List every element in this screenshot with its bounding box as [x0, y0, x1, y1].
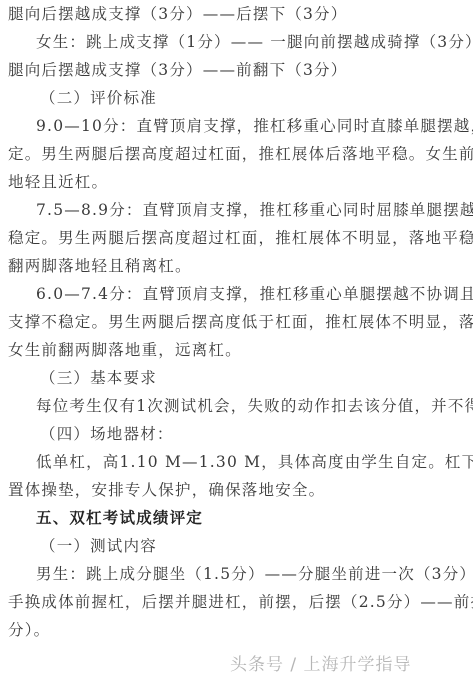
text-line: 地轻且近杠。: [8, 172, 108, 192]
subsection-heading: （四）场地器材：: [40, 424, 174, 444]
text-line: 男生：跳上成分腿坐（1.5分）——分腿坐前进一次（3分）——两: [36, 564, 473, 584]
subsection-heading: （二）评价标准: [40, 88, 157, 108]
text-line: 分）。: [8, 620, 50, 640]
section-heading: 五、双杠考试成绩评定: [36, 508, 203, 528]
subsection-heading: （三）基本要求: [40, 368, 157, 388]
text-line: 女生前翻两脚落地重，远离杠。: [8, 340, 242, 360]
text-line: 女生：跳上成支撑（1分）—— 一腿向前摆越成骑撑（3分）——前: [36, 32, 473, 52]
text-line: 手换成体前握杠，后摆并腿进杠，前摆，后摆（2.5分）——前摆下（3: [8, 592, 473, 612]
text-line: 腿向后摆越成支撑（3分）——后摆下（3分）: [8, 4, 347, 24]
text-line: 6.0—7.4分：直臂顶肩支撑，推杠移重心单腿摆越不协调且屈膝，: [36, 284, 473, 304]
text-line: 置体操垫，安排专人保护，确保落地安全。: [8, 480, 325, 500]
subsection-heading: （一）测试内容: [40, 536, 157, 556]
text-line: 定。男生两腿后摆高度超过杠面，推杠展体后落地平稳。女生前翻两脚落: [8, 144, 473, 164]
text-line: 支撑不稳定。男生两腿后摆高度低于杠面，推杠展体不明显，落地平稳。: [8, 312, 473, 332]
text-line: 稳定。男生两腿后摆高度超过杠面，推杠展体不明显，落地平稳。女生前: [8, 228, 473, 248]
text-line: 每位考生仅有1次测试机会，失败的动作扣去该分值，并不得重做。: [36, 396, 473, 416]
text-line: 翻两脚落地轻且稍离杠。: [8, 256, 192, 276]
text-line: 9.0—10分：直臂顶肩支撑，推杠移重心同时直膝单腿摆越，支撑稳: [36, 116, 473, 136]
text-line: 低单杠，高1.10 M—1.30 M，具体高度由学生自定。杠下和两侧放: [36, 452, 473, 472]
text-line: 腿向后摆越成支撑（3分）——前翻下（3分）: [8, 60, 347, 80]
text-line: 7.5—8.9分：直臂顶肩支撑，推杠移重心同时屈膝单腿摆越，支撑: [36, 200, 473, 220]
watermark: 头条号 / 上海升学指导: [230, 650, 412, 675]
